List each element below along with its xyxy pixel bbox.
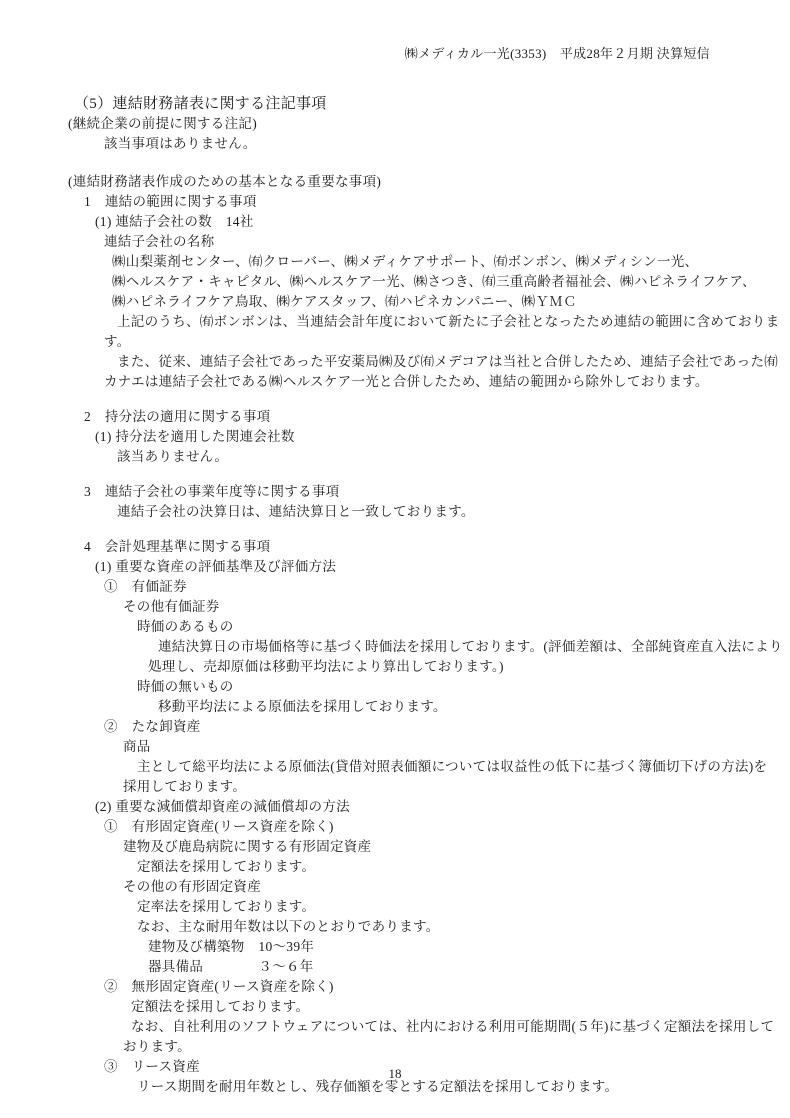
text-line: 該当ありません。 (117, 447, 790, 467)
page-footer: 18 (0, 1066, 790, 1082)
text-line: ① 有価証券 (104, 577, 790, 597)
text-line: 建物及び鹿島病院に関する有形固定資産 (123, 837, 790, 857)
text-line: 時価の無いもの (137, 677, 790, 697)
text-line: 時価のあるもの (137, 617, 790, 637)
text-line: 採用しております。 (123, 777, 790, 797)
text-line: 該当事項はありません。 (104, 134, 790, 154)
text-line: 商品 (123, 737, 790, 757)
text-line: (継続企業の前提に関する注記) (68, 114, 790, 134)
text-line: ㈱ハピネライフケア鳥取、㈱ケアスタッフ、㈲ハピネカンパニー、㈱ＹＭＣ (112, 292, 790, 312)
text-line: ② 無形固定資産(リース資産を除く) (104, 977, 790, 997)
text-line: (1) 連結子会社の数 14社 (95, 212, 790, 232)
text-line: その他の有形固定資産 (123, 877, 790, 897)
text-line: 上記のうち、㈲ボンボンは、当連結会計年度において新たに子会社となったため連結の範… (117, 312, 790, 332)
text-line: 器具備品 ３～６年 (148, 957, 790, 977)
text-line: カナエは連結子会社である㈱ヘルスケア一光と合併したため、連結の範囲から除外してお… (104, 372, 790, 392)
text-line: (1) 持分法を適用した関連会社数 (95, 427, 790, 447)
page-number: 18 (389, 1066, 402, 1081)
document-page: ㈱メディカル一光(3353) 平成28年２月期 決算短信 （5）連結財務諸表に関… (0, 0, 790, 1118)
text-line: おります。 (123, 1037, 790, 1057)
text-line: 連結決算日の市場価格等に基づく時価法を採用しております。(評価差額は、全部純資産… (158, 637, 790, 657)
text-line: なお、自社利用のソフトウェアについては、社内における利用可能期間(５年)に基づく… (131, 1017, 790, 1037)
text-line: 処理し、売却原価は移動平均法により算出しております。) (148, 657, 790, 677)
text-line: その他有価証券 (123, 597, 790, 617)
text-line: ㈱ヘルスケア・キャピタル、㈱ヘルスケア一光、㈱さつき、㈲三重高齢者福祉会、㈱ハピ… (112, 272, 790, 292)
text-line: （5）連結財務諸表に関する注記事項 (74, 94, 790, 114)
text-line: 定額法を採用しております。 (131, 997, 790, 1017)
text-line: ② たな卸資産 (104, 717, 790, 737)
text-line: 連結子会社の決算日は、連結決算日と一致しております。 (117, 502, 790, 522)
text-line: 建物及び構築物 10～39年 (148, 937, 790, 957)
text-line: また、従来、連結子会社であった平安薬局㈱及び㈲メデコアは当社と合併したため、連結… (117, 352, 790, 372)
text-line: (2) 重要な減価償却資産の減価償却の方法 (95, 797, 790, 817)
text-line: 3 連結子会社の事業年度等に関する事項 (84, 482, 790, 502)
text-line: (1) 重要な資産の評価基準及び評価方法 (95, 557, 790, 577)
report-title: ㈱メディカル一光(3353) 平成28年２月期 決算短信 (405, 46, 710, 61)
text-line: ① 有形固定資産(リース資産を除く) (104, 817, 790, 837)
document-body: （5）連結財務諸表に関する注記事項(継続企業の前提に関する注記)該当事項はありま… (0, 94, 790, 1097)
text-line: 主として総平均法による原価法(貸借対照表価額については収益性の低下に基づく簿価切… (137, 757, 790, 777)
text-line: なお、主な耐用年数は以下のとおりであります。 (137, 917, 790, 937)
text-line: ㈱山梨薬剤センター、㈲クローバー、㈱メディケアサポート、㈲ボンボン、㈱メディシン… (112, 252, 790, 272)
text-line: す。 (104, 332, 790, 352)
text-line: 移動平均法による原価法を採用しております。 (158, 697, 790, 717)
text-line: (連結財務諸表作成のための基本となる重要な事項) (68, 172, 790, 192)
text-line: 定率法を採用しております。 (137, 897, 790, 917)
text-line: 1 連結の範囲に関する事項 (84, 192, 790, 212)
text-line: 4 会計処理基準に関する事項 (84, 537, 790, 557)
text-line: 連結子会社の名称 (104, 232, 790, 252)
text-line: 2 持分法の適用に関する事項 (84, 407, 790, 427)
text-line: 定額法を採用しております。 (137, 857, 790, 877)
page-header: ㈱メディカル一光(3353) 平成28年２月期 決算短信 (0, 0, 790, 78)
